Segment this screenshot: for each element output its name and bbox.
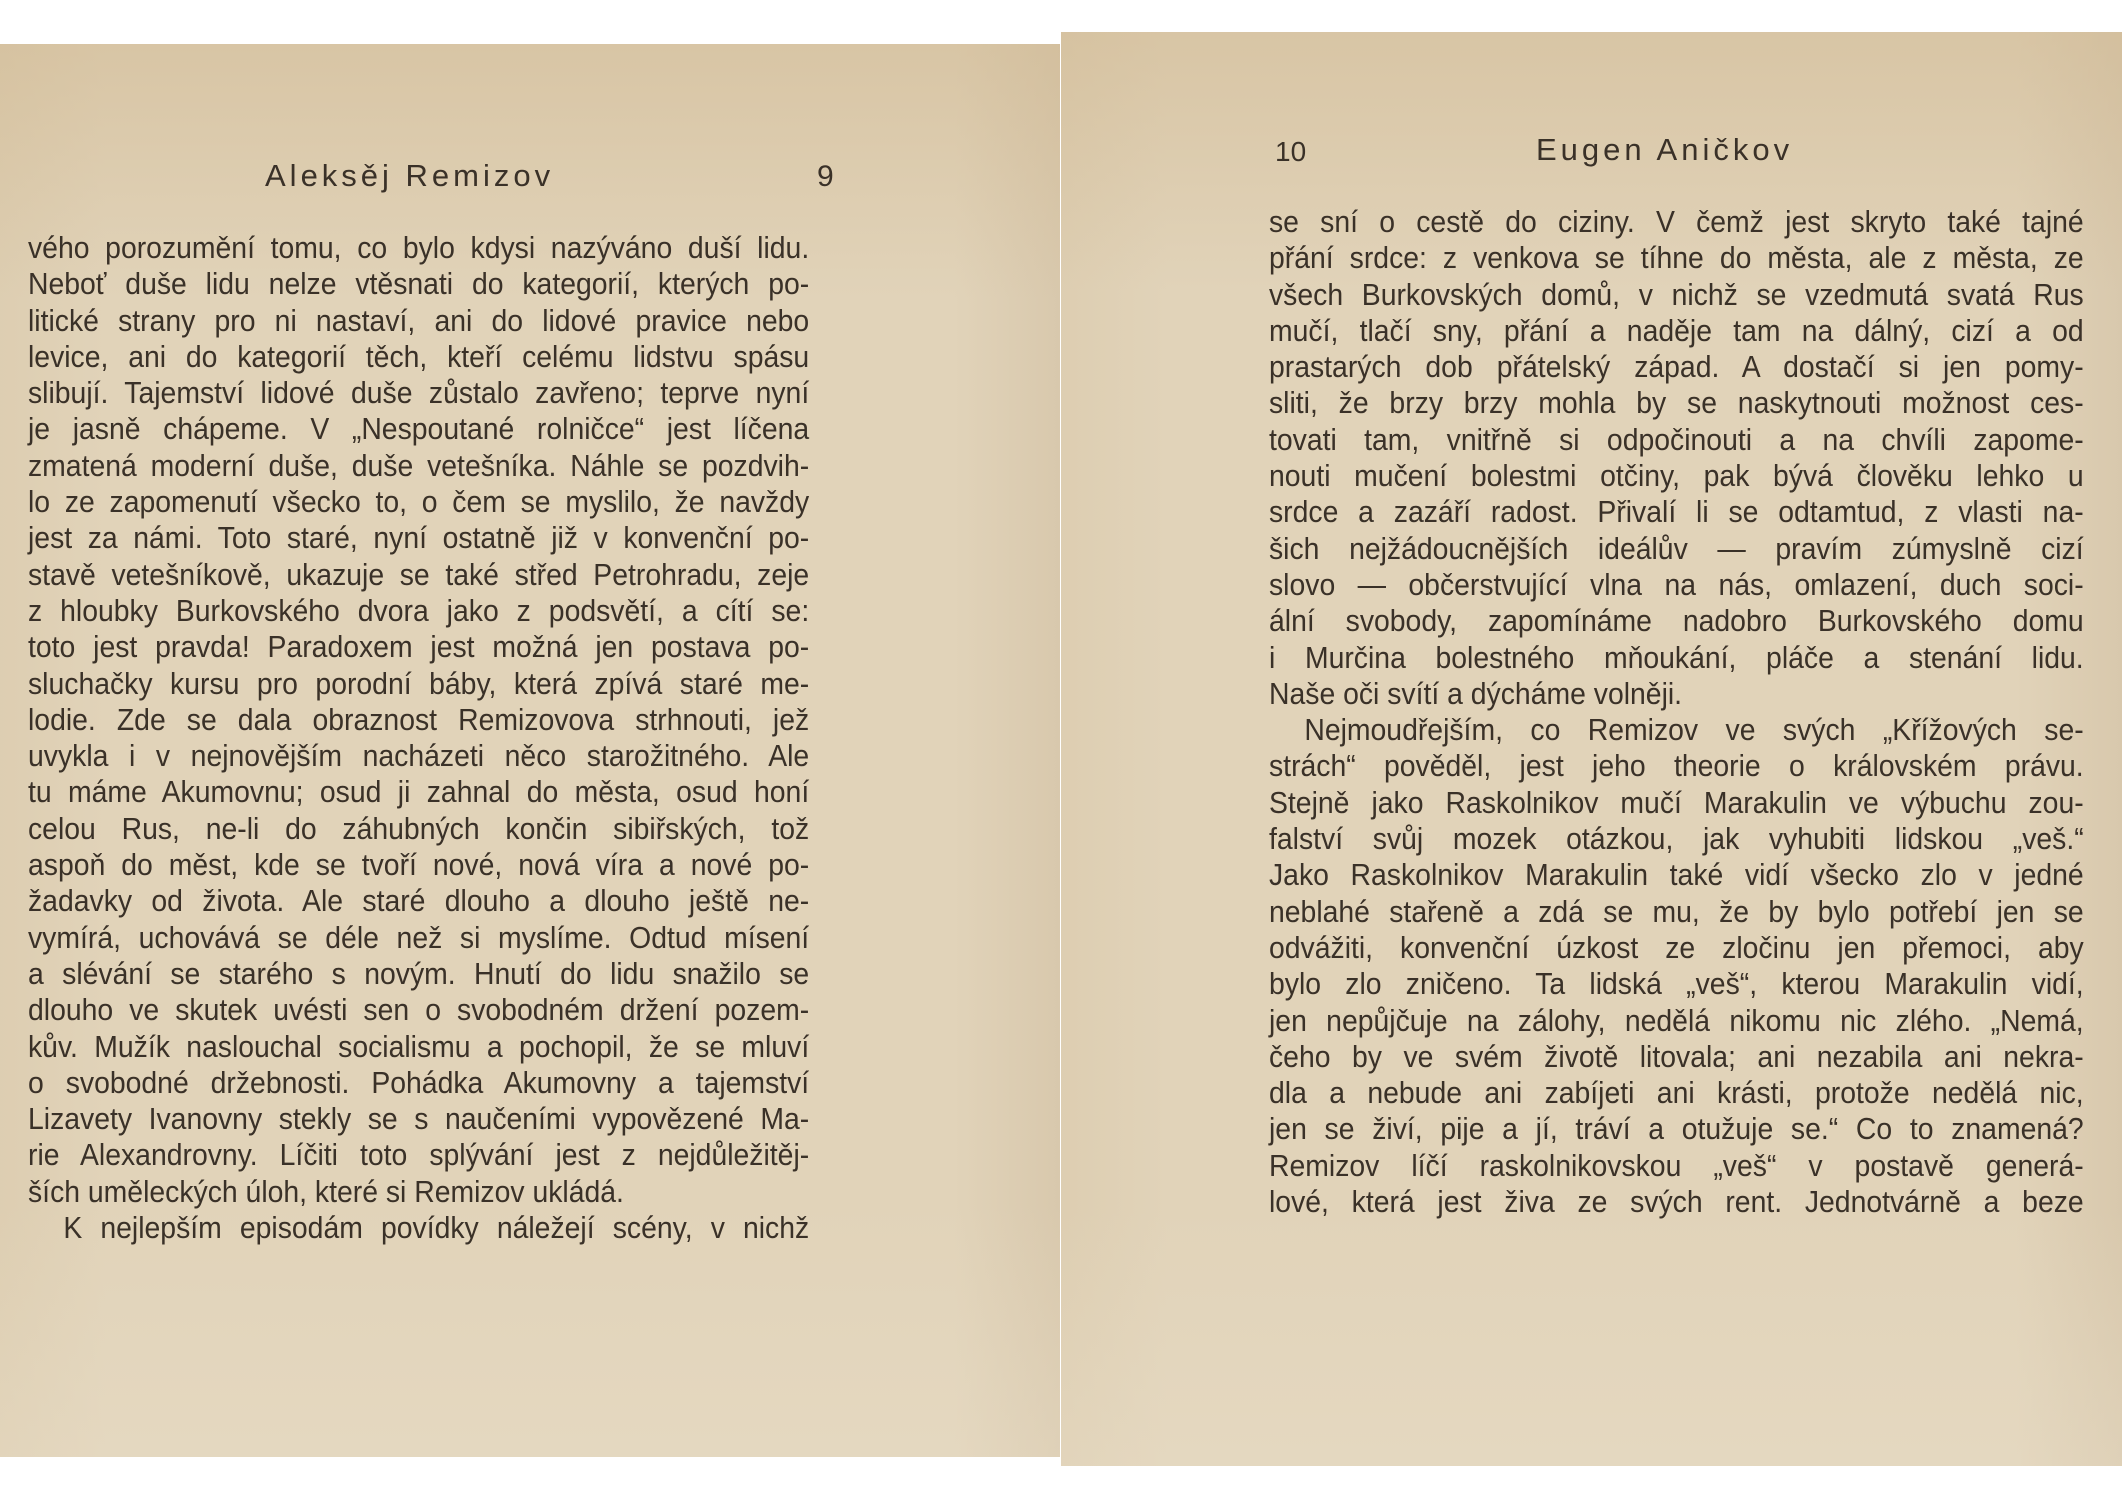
book-spread: Aleksěj Remizov 9 vého porozumění tomu, … — [0, 0, 2122, 1500]
text-line: celou Rus, ne-li do záhubných končin sib… — [28, 811, 809, 847]
text-line: lové, která jest živa ze svých rent. Jed… — [1269, 1184, 2084, 1220]
text-line: litické strany pro ni nastaví, ani do li… — [28, 303, 809, 339]
text-line: je jasně chápeme. V „Nespoutané rolničce… — [28, 411, 809, 447]
text-line: zmatená moderní duše, duše vetešníka. Ná… — [28, 448, 809, 484]
body-text: se sní o cestě do ciziny. V čemž jest sk… — [1269, 204, 2084, 1220]
text-line: strách“ pověděl, jest jeho theorie o krá… — [1269, 748, 2084, 784]
text-line: Naše oči svítí a dýcháme volněji. — [1269, 676, 2084, 712]
text-line: Lizavety Ivanovny stekly se s naučeními … — [28, 1101, 809, 1137]
text-line: sluchačky kursu pro porodní báby, která … — [28, 666, 809, 702]
text-line: Stejně jako Raskolnikov mučí Marakulin v… — [1269, 785, 2084, 821]
text-line: tu máme Akumovnu; osud ji zahnal do měst… — [28, 774, 809, 810]
text-line: odvážiti, konvenční úzkost ze zločinu je… — [1269, 930, 2084, 966]
text-line: Neboť duše lidu nelze vtěsnati do katego… — [28, 266, 809, 302]
text-line: jen se živí, pije a jí, tráví a otužuje … — [1269, 1111, 2084, 1147]
text-line: vého porozumění tomu, co bylo kdysi nazý… — [28, 230, 809, 266]
running-head-author: Aleksěj Remizov — [265, 158, 554, 194]
text-line: uvykla i v nejnovějším nacházeti něco st… — [28, 738, 809, 774]
text-line: ších uměleckých úloh, které si Remizov u… — [28, 1174, 809, 1210]
text-line: ální svobody, zapomínáme nadobro Burkovs… — [1269, 603, 2084, 639]
text-line: mučí, tlačí sny, přání a naděje tam na d… — [1269, 313, 2084, 349]
text-line: slibují. Tajemství lidové duše zůstalo z… — [28, 375, 809, 411]
text-line: sliti, že brzy brzy mohla by se naskytno… — [1269, 385, 2084, 421]
text-line: bylo zlo zničeno. Ta lidská „veš“, ktero… — [1269, 966, 2084, 1002]
text-line: a slévání se starého s novým. Hnutí do l… — [28, 956, 809, 992]
text-line: slovo — občerstvující vlna na nás, omlaz… — [1269, 567, 2084, 603]
text-line: stavě vetešníkově, ukazuje se také střed… — [28, 557, 809, 593]
right-page: 10 Eugen Aničkov se sní o cestě do cizin… — [1061, 32, 2122, 1466]
text-line: nouti mučení bolestmi otčiny, pak bývá č… — [1269, 458, 2084, 494]
text-line: tovati tam, vnitřně si odpočinouti a na … — [1269, 422, 2084, 458]
text-line: lo ze zapomenutí všecko to, o čem se mys… — [28, 484, 809, 520]
text-line: vymírá, uchovává se déle než si myslíme.… — [28, 920, 809, 956]
text-line: přání srdce: z venkova se tíhne do města… — [1269, 240, 2084, 276]
text-line: levice, ani do kategorií těch, kteří cel… — [28, 339, 809, 375]
text-line: aspoň do měst, kde se tvoří nové, nová v… — [28, 847, 809, 883]
text-line: z hloubky Burkovského dvora jako z podsv… — [28, 593, 809, 629]
text-line: kův. Mužík naslouchal socialismu a pocho… — [28, 1029, 809, 1065]
text-line-paragraph-start: Nejmoudřejším, co Remizov ve svých „Kříž… — [1269, 712, 2084, 748]
text-line: rie Alexandrovny. Líčiti toto splývání j… — [28, 1137, 809, 1173]
text-line: žadavky od života. Ale staré dlouho a dl… — [28, 883, 809, 919]
running-head-author: Eugen Aničkov — [1536, 132, 1793, 168]
text-line: Jako Raskolnikov Marakulin také vidí vše… — [1269, 857, 2084, 893]
text-line: neblahé stařeně a zdá se mu, že by bylo … — [1269, 894, 2084, 930]
text-line: falství svůj mozek otázkou, jak vyhubiti… — [1269, 821, 2084, 857]
left-page: Aleksěj Remizov 9 vého porozumění tomu, … — [0, 44, 1060, 1457]
text-line: i Murčina bolestného mňoukání, pláče a s… — [1269, 640, 2084, 676]
text-line: se sní o cestě do ciziny. V čemž jest sk… — [1269, 204, 2084, 240]
text-line: dlouho ve skutek uvésti sen o svobodném … — [28, 992, 809, 1028]
text-line: lodie. Zde se dala obraznost Remizovova … — [28, 702, 809, 738]
text-line: všech Burkovských domů, v nichž se vzedm… — [1269, 277, 2084, 313]
text-line: jen nepůjčuje na zálohy, nedělá nikomu n… — [1269, 1003, 2084, 1039]
page-number: 10 — [1275, 136, 1306, 168]
text-line: srdce a zazáří radost. Přivalí li se odt… — [1269, 494, 2084, 530]
text-line: čeho by ve svém životě litovala; ani nez… — [1269, 1039, 2084, 1075]
text-line: dla a nebude ani zabíjeti ani krásti, pr… — [1269, 1075, 2084, 1111]
text-line: prastarých dob přátelský západ. A dostač… — [1269, 349, 2084, 385]
text-line: o svobodné držebnosti. Pohádka Akumovny … — [28, 1065, 809, 1101]
body-text: vého porozumění tomu, co bylo kdysi nazý… — [28, 230, 809, 1246]
page-number: 9 — [817, 160, 834, 194]
text-line: toto jest pravda! Paradoxem jest možná j… — [28, 629, 809, 665]
text-line: šich nejžádoucnějších ideálův — pravím z… — [1269, 531, 2084, 567]
text-line: jest za námi. Toto staré, nyní ostatně j… — [28, 520, 809, 556]
text-line: Remizov líčí raskolnikovskou „veš“ v pos… — [1269, 1148, 2084, 1184]
text-line-paragraph-start: K nejlepším episodám povídky náležejí sc… — [28, 1210, 809, 1246]
